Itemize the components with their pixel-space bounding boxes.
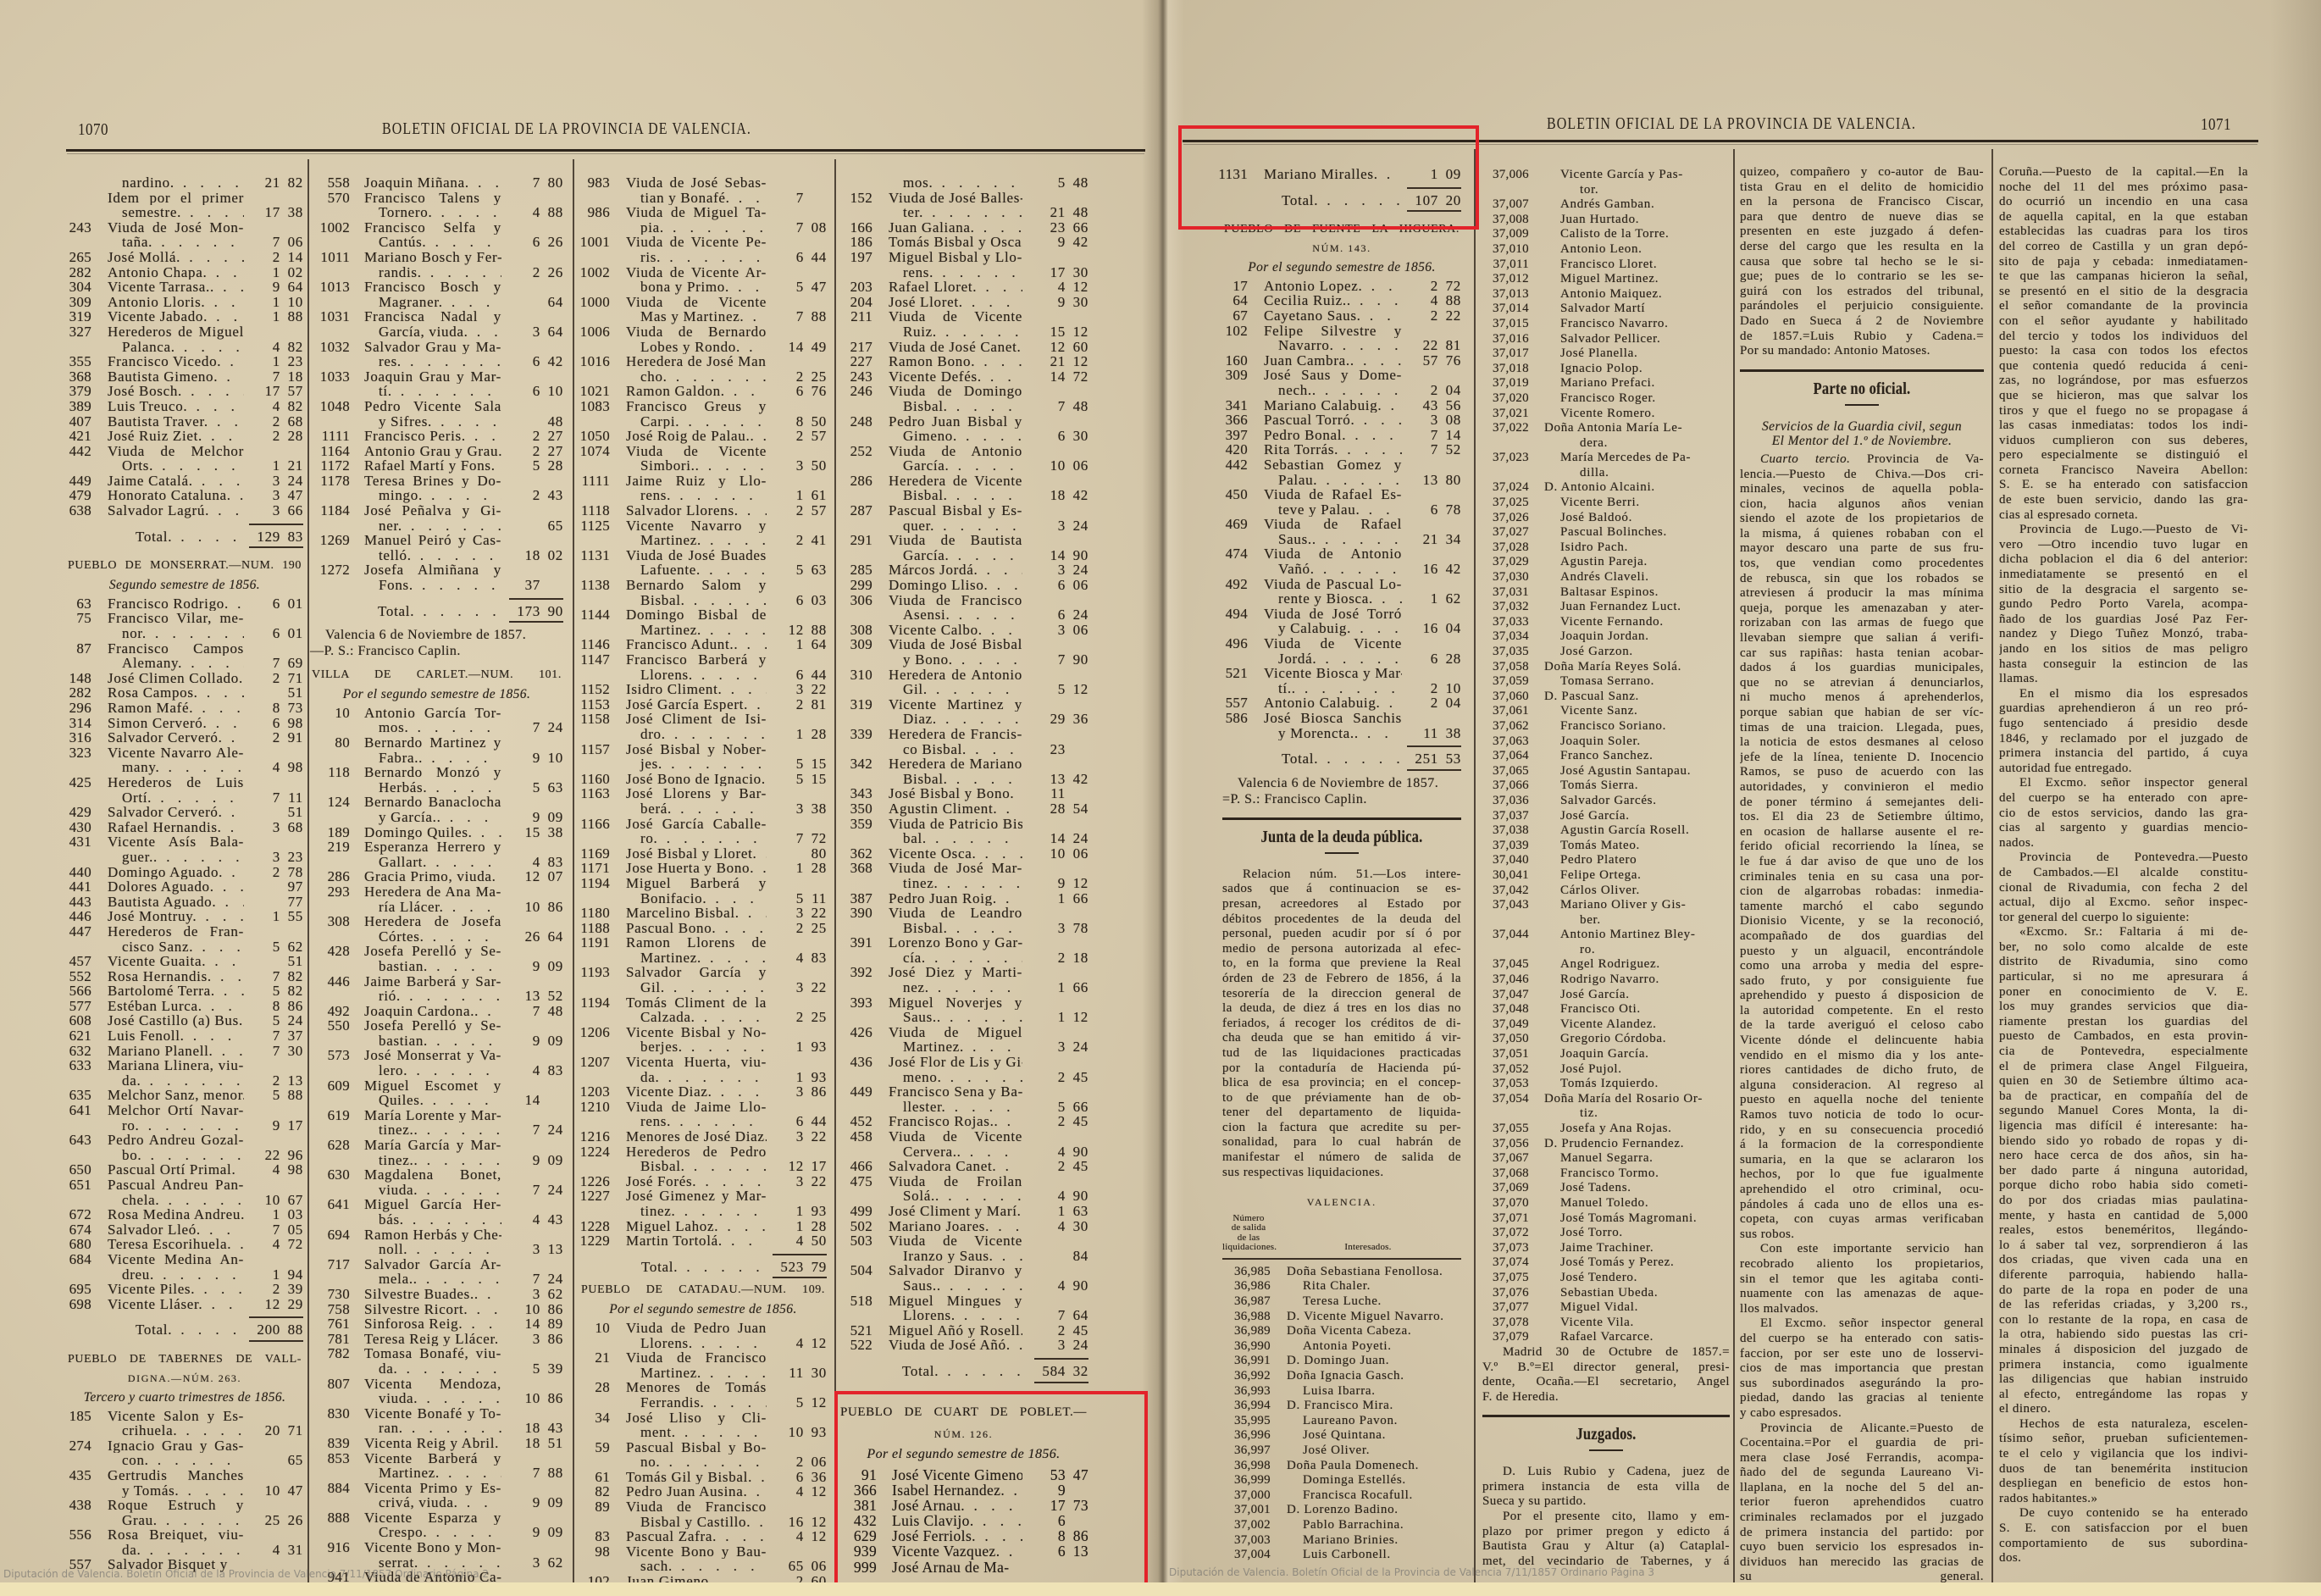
- entry-number: 830: [310, 1406, 350, 1421]
- entry-number: 466: [839, 1159, 872, 1174]
- amount-pesos: [515, 1510, 540, 1526]
- entry-line: nor.601: [66, 626, 303, 641]
- entry-name: Pedro Vicente Sala: [364, 399, 501, 414]
- entry-number: [579, 593, 610, 608]
- text-line: minales, vecinos de aquella pobla-: [1740, 482, 1984, 497]
- entry-line: 37,062Francisco Soriano.: [1482, 719, 1730, 734]
- interested-name: Francisco Tormo.: [1544, 1167, 1730, 1182]
- line-text: Provincia de Va-: [1867, 452, 1984, 466]
- table-row: 37,032Juan Fernandez Luct.: [1482, 600, 1730, 615]
- entry-number: [310, 1525, 350, 1540]
- interested-name: Manuel Toledo.: [1544, 1196, 1730, 1211]
- entry-line: 314Simon Cerveró.698: [66, 716, 303, 731]
- entry-name: viuda.: [364, 1391, 501, 1406]
- entry-name: Jordá.: [1264, 651, 1402, 667]
- list-entry: 1269Manuel Peiró y Cas-telló.1802: [310, 533, 563, 562]
- amount-pesos: [515, 1197, 540, 1212]
- entry-line: ría Llácer.1086: [310, 900, 563, 915]
- amount-cents: [280, 220, 303, 236]
- entry-name: Martinez.: [626, 533, 767, 548]
- liquidation-number: 37,028: [1482, 540, 1529, 556]
- amount-cents: 98: [280, 716, 303, 731]
- signature: Valencia 6 de Noviembre de 1857.—P. S.: …: [310, 627, 563, 659]
- liquidation-number: 37,044: [1482, 928, 1529, 943]
- amount-cents: [540, 765, 563, 780]
- entry-line: 309Antonio Lloris.110: [66, 295, 303, 310]
- amount-pesos: [1413, 546, 1438, 562]
- amount-cents: 67: [280, 1193, 303, 1208]
- entry-line: 1180Marcelino Bisbal.322: [579, 906, 827, 921]
- amount-pesos: 21: [255, 175, 280, 191]
- entry-number: [310, 265, 350, 280]
- list-entry: 1048Pedro Vicente Salay Sifres.48: [310, 399, 563, 429]
- amount-cents: 09: [540, 1525, 563, 1540]
- table-row: 37,047José García.: [1482, 988, 1730, 1003]
- interested-name: Sebastian Ubeda.: [1544, 1286, 1730, 1301]
- line-text: criminales reclamados por el juzgado: [1740, 1510, 1984, 1524]
- list-entry: 570Francisco Talens yTornero.488: [310, 191, 563, 220]
- entry-line: 306Viuda de Francisco: [839, 593, 1088, 608]
- table-row: 36,987Teresa Luche.: [1222, 1294, 1461, 1310]
- table-row: 37,036Salvador Garcés.: [1482, 794, 1730, 809]
- entry-line: cho.225: [579, 369, 827, 385]
- text-line: F. de Heredia.: [1482, 1390, 1730, 1405]
- amount-cents: 60: [1066, 340, 1088, 355]
- line-text: piedad, dando las gracias al teniente: [1740, 1391, 1984, 1405]
- line-text: el dinero.: [1999, 1402, 2051, 1416]
- entry-line: 37,063Joaquin Soler.: [1482, 734, 1730, 750]
- article-subtitle: Servicios de la Guardia civil, segunEl M…: [1740, 419, 1984, 449]
- amount-pesos: 1: [778, 637, 804, 652]
- paragraph: Hechos de esta naturaleza, escelen-tísim…: [1999, 1417, 2248, 1507]
- amount-pesos: 9: [1040, 295, 1066, 310]
- line-text: Sueca y su partido.: [1482, 1494, 1587, 1508]
- table-row: 37,058Doña María Reyes Solá.: [1482, 660, 1730, 675]
- liquidation-number: 37,064: [1482, 749, 1529, 764]
- entry-number: [310, 1063, 350, 1078]
- divider-rule: [1482, 1415, 1730, 1417]
- entry-line: 37,073Jaime Trachiner.: [1482, 1241, 1730, 1256]
- entry-line: 684Vicente Medina An-: [66, 1252, 303, 1267]
- text-line: de Cambados.—El alcalde constitu-: [1999, 866, 2248, 881]
- entry-line: rió.1352: [310, 989, 563, 1004]
- entry-name: bona y Primo.: [626, 280, 767, 295]
- amount-pesos: 14: [515, 1093, 540, 1108]
- entry-name: Sinforosa Reig.: [364, 1316, 501, 1332]
- liquidation-number: 37,032: [1482, 600, 1529, 615]
- total-cents: 53: [1438, 751, 1461, 767]
- amount-pesos: 3: [1040, 921, 1066, 936]
- amount-pesos: [778, 1100, 804, 1115]
- entry-number: 586: [1222, 711, 1248, 726]
- entry-name: Llorens.: [889, 1308, 1022, 1323]
- liquidation-number: 37,014: [1482, 302, 1529, 317]
- paragraph: Provincia de Pontevedra.—Puestode Cambad…: [1999, 851, 2248, 925]
- entry-number: 304: [66, 280, 91, 295]
- entry-name: cía.: [889, 950, 1022, 966]
- text-line: para que dentro de nueve dias se: [1740, 210, 1984, 225]
- amount-cents: 88: [280, 309, 303, 324]
- list-entry: 355Francisco Vicedo.123: [66, 354, 303, 369]
- entry-name: randis.: [364, 265, 501, 280]
- entry-line: 608José Castillo (a) Bus.524: [66, 1013, 303, 1028]
- line-text: nuamente con las amenazas de aque-: [1740, 1287, 1984, 1300]
- amount-cents: [804, 548, 827, 563]
- line-text: quien en 30 de Setiembre último aca-: [1999, 1074, 2248, 1088]
- entry-number: 717: [310, 1257, 350, 1272]
- amount-cents: 24: [540, 720, 563, 735]
- list-entry: 282Antonio Chapa.102: [66, 265, 303, 280]
- total-label: Total.: [66, 529, 244, 545]
- amount-pesos: [515, 840, 540, 855]
- line-text: del tercio y todos los individuos del: [1999, 330, 2248, 343]
- line-text: para que dentro de nueve dias se: [1740, 210, 1984, 224]
- amount-cents: 13: [540, 1242, 563, 1257]
- list-entry: 1033Joaquin Grau y Mar-tí.610: [310, 369, 563, 399]
- total-row: Total.25153: [1222, 751, 1461, 767]
- entry-line: 37,048Francisco Oti.: [1482, 1002, 1730, 1017]
- amount-pesos: [778, 935, 804, 950]
- amount-cents: 25: [804, 1010, 827, 1025]
- entry-number: [310, 900, 350, 915]
- entry-number: 148: [66, 671, 91, 686]
- entry-name: Viuda de José Bisbal: [889, 637, 1022, 652]
- liquidation-number: [1482, 913, 1529, 928]
- list-entry: 211Viuda de VicenteRuiz.1512: [839, 309, 1088, 339]
- liquidation-number: 37,066: [1482, 779, 1529, 794]
- amount-cents: 08: [804, 220, 827, 236]
- table-row: 37,048Francisco Oti.: [1482, 1002, 1730, 1017]
- left-page: 1070 BOLETIN OFICIAL DE LA PROVINCIA DE …: [0, 0, 1160, 1596]
- entry-number: 502: [839, 1219, 872, 1234]
- text-line: ba de practicar, en compañía del de: [1999, 1089, 2248, 1105]
- entry-line: rens.1730: [839, 265, 1088, 280]
- line-text: la otra, habiendo sido puestas las cri-: [1999, 1327, 2248, 1341]
- entry-number: 217: [839, 340, 872, 355]
- entry-number: 75: [66, 611, 91, 626]
- entry-number: 1272: [310, 562, 350, 578]
- list-entry: 446José Montruy.155: [66, 909, 303, 924]
- entry-line: 36,997José Oliver.: [1222, 1444, 1461, 1459]
- entry-line: 37,011Francisco Lloret.: [1482, 258, 1730, 273]
- table-row: 37,035José Garzon.: [1482, 645, 1730, 660]
- amount-pesos: [778, 295, 804, 310]
- entry-number: 430: [66, 820, 91, 835]
- entry-number: 839: [310, 1436, 350, 1451]
- entry-name: nor.: [108, 626, 244, 641]
- amount-pesos: [515, 1257, 540, 1272]
- entry-name: Márcos Jordá.: [889, 562, 1022, 578]
- table-row: 37,019Mariano Prefaci.: [1482, 376, 1730, 391]
- entry-number: 650: [66, 1162, 91, 1178]
- text-line: tos. El dia 23 de Setiembre último,: [1740, 810, 1984, 825]
- liquidation-number: 37,049: [1482, 1017, 1529, 1033]
- amount-pesos: [778, 1410, 804, 1426]
- liquidation-number: 37,053: [1482, 1077, 1529, 1092]
- place-label: VALENCIA.: [1222, 1195, 1461, 1211]
- line-text: órden de 23 de Febrero de 1856, á la: [1222, 972, 1461, 985]
- amount-pesos: 3: [778, 1174, 804, 1189]
- entry-number: 1138: [579, 578, 610, 593]
- entry-line: 21Viuda de Francisco: [579, 1350, 827, 1366]
- list-entry: 449Francisco Sena y Ba-llester.566: [839, 1084, 1088, 1114]
- amount-pesos: 1: [255, 309, 280, 324]
- line-text: recobrado aliento los propietarios,: [1740, 1257, 1984, 1271]
- text-line: como una arroba y media del espre-: [1740, 959, 1984, 974]
- entry-number: 492: [310, 1004, 350, 1019]
- entry-number: 1002: [310, 220, 350, 236]
- amount-cents: 06: [804, 1559, 827, 1574]
- entry-line: 1203Vicente Diaz.386: [579, 1084, 827, 1100]
- list-entry: 152Viuda de José Balles-ter.2148: [839, 191, 1088, 220]
- entry-name: Ruiz.: [889, 324, 1022, 340]
- entry-line: llester.566: [839, 1100, 1088, 1115]
- amount-pesos: 10: [255, 1193, 280, 1208]
- entry-line: 494Viuda de José Torró: [1222, 607, 1461, 622]
- entry-line: 124Bernardo Banaclocha: [310, 795, 563, 810]
- liquidation-number: 37,072: [1482, 1226, 1529, 1241]
- list-entry: 632Mariano Planell.730: [66, 1044, 303, 1059]
- line-text: Relacion núm. 51.—Los intere-: [1243, 867, 1461, 881]
- amount-pesos: [515, 1481, 540, 1496]
- amount-pesos: 22: [1413, 338, 1438, 353]
- amount-cents: [540, 191, 563, 206]
- entry-name: Bernardo Monzó y: [364, 765, 501, 780]
- amount-pesos: [255, 1058, 280, 1073]
- text-line: Relacion núm. 51.—Los intere-: [1222, 867, 1461, 883]
- amount-pesos: 5: [515, 1361, 540, 1377]
- entry-name: lero.: [364, 1063, 501, 1078]
- entry-line: 37,015Francisco Navarro.: [1482, 317, 1730, 332]
- column-header-names: Interesados.: [1275, 1243, 1461, 1253]
- entry-line: 475Viuda de Froilan: [839, 1174, 1088, 1189]
- interested-name: Jaime Trachiner.: [1544, 1241, 1730, 1256]
- entry-number: [66, 458, 91, 474]
- list-entry: 350Agustin Climent.2854: [839, 801, 1088, 817]
- entry-line: 219Esperanza Herrero y: [310, 840, 563, 855]
- entry-name: nez.: [889, 980, 1022, 995]
- interested-name: Manuel Segarra.: [1544, 1151, 1730, 1167]
- list-entry: 28Menores de TomásFerrandis.512: [579, 1380, 827, 1410]
- amount-cents: [804, 1499, 827, 1515]
- list-entry: 638Salvador Lagrú.366: [66, 503, 303, 518]
- table-row: 37,077Miguel Vidal.: [1482, 1300, 1730, 1316]
- list-entry: 1184José Peñalva y Gi-ner.65: [310, 503, 563, 533]
- right-col-1: 1131Mariano Miralles.109Total.10720PUEBL…: [1222, 167, 1461, 1563]
- line-text: cion, hacia algunos años venian: [1740, 497, 1984, 511]
- amount-cents: [804, 995, 827, 1011]
- text-line: queja, porque les amenazaban y ater-: [1740, 601, 1984, 617]
- amount-cents: [804, 935, 827, 950]
- amount-cents: 82: [280, 984, 303, 999]
- amount-pesos: 9: [1040, 876, 1066, 891]
- entry-number: 407: [66, 414, 91, 429]
- amount-cents: 66: [1066, 980, 1088, 995]
- list-entry: 1191Ramon Llorens deMartinez.483: [579, 935, 827, 965]
- entry-name: Vicente Medina An-: [108, 1252, 244, 1267]
- entry-number: 566: [66, 984, 91, 999]
- entry-name: quer.: [889, 518, 1022, 534]
- liquidation-number: 37,077: [1482, 1300, 1529, 1316]
- entry-name: Viuda de Miguel: [889, 1025, 1022, 1040]
- amount-cents: 36: [1066, 712, 1088, 727]
- entry-number: 67: [1222, 308, 1248, 324]
- entry-line: 452Francisco Rojas..245: [839, 1114, 1088, 1129]
- entry-name: Magraner.: [364, 295, 501, 310]
- entry-name: Vicente Bono y Mon-: [364, 1540, 501, 1555]
- amount-cents: 65: [540, 518, 563, 534]
- entry-number: [310, 1122, 350, 1138]
- entry-name: Herbás.: [364, 780, 501, 795]
- entry-number: [579, 831, 610, 846]
- entry-line: 37,033Vicente Fernando.: [1482, 615, 1730, 630]
- list-entry: 621Luis Fenoll.737: [66, 1028, 303, 1044]
- entry-name: Martin Tortolá.: [626, 1233, 767, 1249]
- list-entry: 429Salvador Cerveró.51: [66, 805, 303, 820]
- line-text: Valencia 6 de Noviembre de 1857.: [1238, 776, 1438, 790]
- amount-cents: [280, 1252, 303, 1267]
- entry-line: 638Salvador Lagrú.366: [66, 503, 303, 518]
- amount-cents: [1066, 1129, 1088, 1144]
- list-entry: 89Viuda de FranciscoBisbal y Castillo.16…: [579, 1499, 827, 1529]
- entry-number: 197: [839, 250, 872, 265]
- entry-number: [310, 1093, 350, 1108]
- entry-number: 557: [1222, 695, 1248, 711]
- amount-pesos: 7: [1413, 428, 1438, 443]
- list-entry: 830Vicente Bonafé y To-ran.1843: [310, 1406, 563, 1436]
- entry-name: Vicente Piles.: [108, 1282, 244, 1297]
- entry-line: 447Herederos de Fran-: [66, 924, 303, 939]
- entry-line: 983Viuda de José Sebas-: [579, 175, 827, 191]
- list-entry: 339Heredera de Francis-co Bisbal.23: [839, 727, 1088, 756]
- entry-number: 310: [839, 668, 872, 683]
- entry-line: 37,028Isidro Pach.: [1482, 540, 1730, 556]
- entry-name: Carpi.: [626, 414, 767, 429]
- liquidation-number: 37,052: [1482, 1062, 1529, 1078]
- right-col-3: quizeo, compañero y co-autor de Bau-tist…: [1740, 165, 1984, 1585]
- liquidation-number: 36,989: [1222, 1324, 1271, 1339]
- entry-line: 672Rosa Medina Andreu.103: [66, 1207, 303, 1222]
- text-line: copeta, con cuyas armas verificaban: [1740, 1212, 1984, 1227]
- entry-name: José Peñalva y Gi-: [364, 503, 501, 518]
- amount-pesos: 7: [255, 1222, 280, 1238]
- entry-number: 308: [310, 914, 350, 929]
- line-text: la misma, á quienes robaban con el: [1740, 527, 1984, 540]
- line-text: de aquella capital, en la que estaban: [1999, 210, 2248, 224]
- amount-cents: 17: [804, 1159, 827, 1174]
- line-text: feriados, á recoger los créditos de di-: [1222, 1017, 1461, 1030]
- amount-pesos: 6: [255, 596, 280, 612]
- text-line: los muy grandes servicios que dia-: [1999, 1000, 2248, 1015]
- entry-number: 1152: [579, 682, 610, 697]
- entry-number: 1188: [579, 921, 610, 936]
- entry-line: 1207Vicenta Huerta, viu-: [579, 1055, 827, 1070]
- amount-cents: [280, 1058, 303, 1073]
- amount-cents: 88: [1438, 293, 1461, 308]
- entry-name: ris.: [626, 250, 767, 265]
- entry-number: [1222, 562, 1248, 577]
- entry-line: 37,039Tomás Mateo.: [1482, 839, 1730, 854]
- entry-number: 293: [310, 884, 350, 900]
- interested-name: Andrés Claveli.: [1544, 570, 1730, 585]
- amount-cents: 09: [540, 959, 563, 974]
- entry-line: 37,077Miguel Vidal.: [1482, 1300, 1730, 1316]
- entry-line: 37,049Vicente Alandez.: [1482, 1017, 1730, 1033]
- amount-cents: [540, 369, 563, 385]
- table-row: 30,041Felipe Ortega.: [1482, 868, 1730, 884]
- entry-number: [579, 1515, 610, 1530]
- amount-cents: [280, 1178, 303, 1193]
- line-text: do ocurrió un incendio en una casa: [1999, 195, 2248, 208]
- liquidation-number: 37,013: [1482, 287, 1529, 302]
- liquidation-number: 36,994: [1222, 1399, 1271, 1414]
- entry-number: [310, 720, 350, 735]
- amount-cents: [1066, 995, 1088, 1011]
- entry-line: 1111Francisco Peris.227: [310, 429, 563, 444]
- text-line: de 1857.=Luis Rubio y Cadena.=: [1740, 330, 1984, 345]
- entry-number: 1194: [579, 995, 610, 1011]
- line-text: sumaria, en la que se aclararon los: [1740, 1153, 1984, 1167]
- amount-cents: 14: [1438, 428, 1461, 443]
- entry-number: [839, 265, 872, 280]
- entry-name: Rosa Breiquet, viu-: [108, 1527, 244, 1543]
- text-line: aprehendido el otro criminal, ocu-: [1740, 1183, 1984, 1198]
- interested-name: Miguel Martinez.: [1544, 272, 1730, 287]
- interested-name: José Tomás Magromani.: [1544, 1211, 1730, 1227]
- amount-pesos: [1413, 457, 1438, 473]
- line-text: de la tarde averiguó el celoso cabo: [1740, 1018, 1984, 1032]
- entry-name: Viuda de Vicente: [1264, 636, 1402, 651]
- total-line: Total.58432: [839, 1364, 1088, 1379]
- entry-line: lero.483: [310, 1063, 563, 1078]
- table-row: 37,061Vicente Sanz.: [1482, 704, 1730, 719]
- line-text: El Excmo. señor inspector general: [2019, 776, 2248, 790]
- amount-cents: 88: [804, 623, 827, 638]
- entry-number: 446: [310, 974, 350, 989]
- line-text: cion la factura que acredite su per-: [1222, 1121, 1461, 1134]
- text-line: cio de estos servicios, dando las gra-: [1999, 806, 2248, 822]
- amount-cents: 54: [1066, 801, 1088, 817]
- line-text: Provincia de Pontevedra.—Puesto: [2019, 851, 2248, 864]
- entry-name: Pedro Andreu Gozal-: [108, 1133, 244, 1148]
- list-entry: 717Salvador García Ar-mela..724: [310, 1257, 563, 1287]
- entry-line: tinez.193: [579, 1204, 827, 1219]
- total-label: Total.: [579, 1260, 767, 1275]
- section-heading: VILLA DE CARLET.—NUM. 101.: [310, 666, 563, 684]
- amount-pesos: [515, 1451, 540, 1466]
- amount-cents: 77: [280, 895, 303, 910]
- amount-pesos: 5: [515, 780, 540, 795]
- entry-number: 672: [66, 1207, 91, 1222]
- interested-name: Vicente García y Pas-: [1544, 168, 1730, 183]
- amount-cents: 21: [280, 458, 303, 474]
- entry-line: 350Agustin Climent.2854: [839, 801, 1088, 817]
- amount-pesos: 2: [255, 429, 280, 444]
- list-entry: 1188Pascual Bono.225: [579, 921, 827, 936]
- entry-name: Miguel García Her-: [364, 1197, 501, 1212]
- text-line: del correo de Castilla y un gran depó-: [1999, 240, 2248, 255]
- amount-cents: 98: [280, 760, 303, 775]
- entry-name: ro.: [626, 831, 767, 846]
- interested-name: Doña María del Rosario Or-: [1544, 1092, 1730, 1107]
- amount-pesos: [515, 1406, 540, 1421]
- line-text: ñado de los guardias José Paz Fer-: [1999, 612, 2248, 626]
- entry-name: Viuda de Francisco: [626, 1350, 767, 1366]
- list-entry: 421José Ruiz Ziet.228: [66, 429, 303, 444]
- entry-number: 1033: [310, 369, 350, 385]
- amount-cents: 06: [1066, 458, 1088, 474]
- amount-cents: [540, 884, 563, 900]
